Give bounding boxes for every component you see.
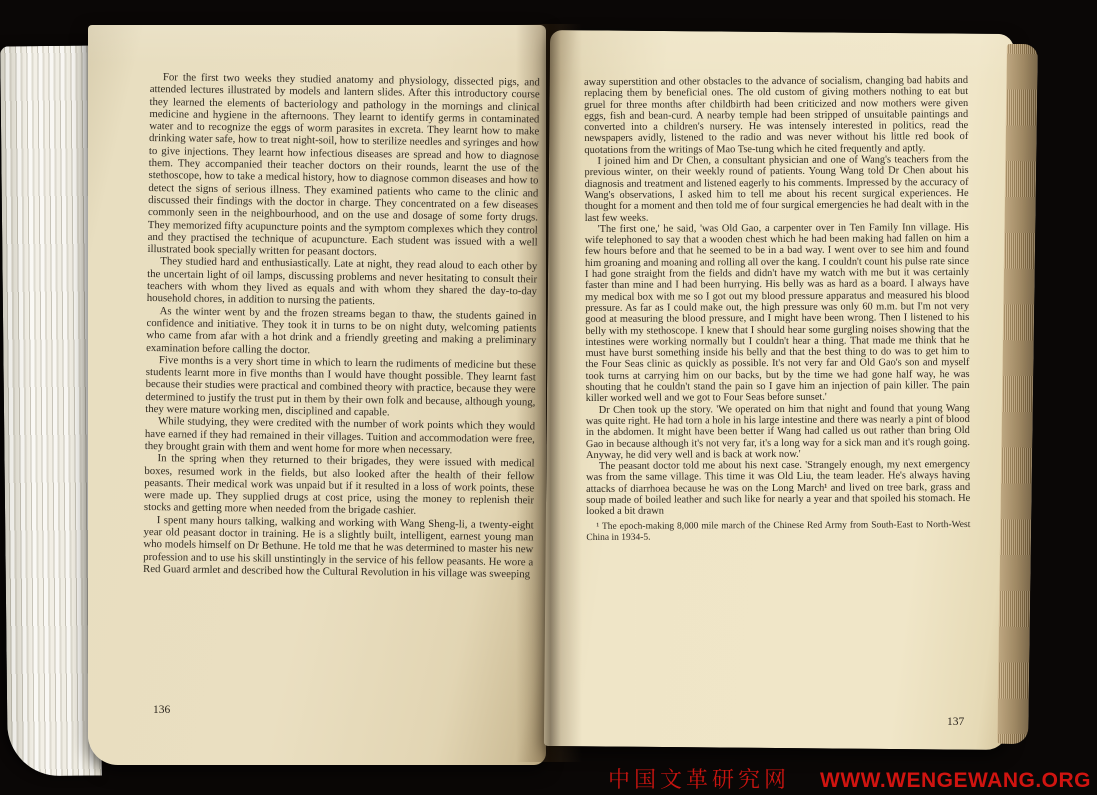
paragraph: While studying, they were credited with …	[145, 415, 535, 457]
paragraph: They studied hard and enthusiastically. …	[147, 255, 538, 310]
footnote: ¹ The epoch-making 8,000 mile march of t…	[586, 520, 970, 544]
page-number-right: 137	[947, 716, 964, 728]
watermark: 中国文革研究网 WWW.WENGEWANG.ORG	[608, 763, 1091, 794]
paragraph: In the spring when they returned to thei…	[144, 452, 535, 519]
paragraph: 'The first one,' he said, 'was Old Gao, …	[585, 222, 970, 405]
paragraph: The peasant doctor told me about his nex…	[586, 459, 970, 517]
paragraph: I spent many hours talking, walking and …	[143, 514, 534, 581]
paragraph: Five months is a very short time in whic…	[145, 354, 536, 421]
watermark-site-name: 中国文革研究网	[608, 763, 790, 794]
right-page-text: away superstition and other obstacles to…	[584, 75, 970, 544]
book-scan: For the first two weeks they studied ana…	[0, 0, 1097, 795]
paragraph: I joined him and Dr Chen, a consultant p…	[584, 154, 968, 224]
page-number-left: 136	[153, 704, 170, 716]
paragraph: Dr Chen took up the story. 'We operated …	[586, 403, 970, 461]
paragraph: away superstition and other obstacles to…	[584, 75, 968, 156]
left-page-text: For the first two weeks they studied ana…	[143, 71, 540, 581]
paragraph: For the first two weeks they studied ana…	[147, 71, 540, 261]
watermark-url: WWW.WENGEWANG.ORG	[820, 769, 1091, 793]
left-page-edge-stack	[0, 46, 102, 777]
paragraph: As the winter went by and the frozen str…	[146, 305, 537, 360]
